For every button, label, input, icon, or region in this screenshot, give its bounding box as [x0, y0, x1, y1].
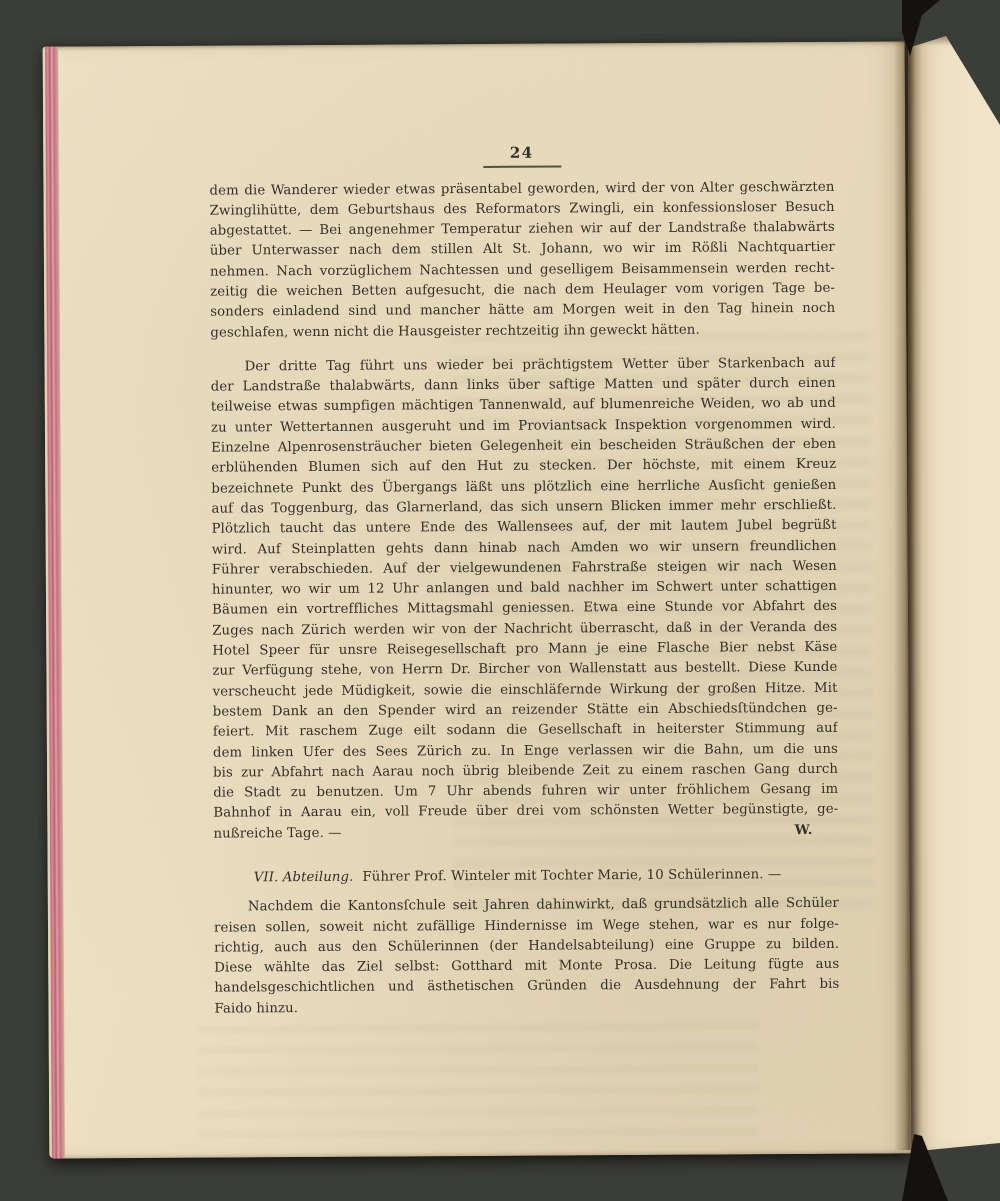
page-number: 24: [510, 144, 534, 163]
text-line: geschlafen, wenn nicht die Hausgeister r…: [210, 319, 835, 343]
gutter-shadow: [894, 40, 922, 1150]
page-number-rule: [483, 165, 561, 167]
heading-text: Führer Prof. Winteler mit Tochter Marie,…: [362, 867, 781, 885]
paragraph: Nachdem die Kantonsſchule seit Jahren da…: [214, 894, 840, 1020]
scan-background: { "document": { "page_number": "24", "pa…: [0, 0, 1000, 1201]
text-line: Bahnhof in Aarau ein, voll Freude über d…: [213, 800, 838, 824]
heading-line: VII. Abteilung.Führer Prof. Winteler mit…: [214, 865, 839, 889]
paragraph: Der dritte Tag führt uns wieder bei präc…: [211, 354, 839, 845]
printed-text-area: 24 dem die Wanderer wieder etwas präsent…: [209, 142, 839, 1020]
text-line-text: nußreiche Tage. —: [213, 824, 341, 845]
book-page: 24 dem die Wanderer wieder etwas präsent…: [43, 41, 912, 1158]
author-signature: W.: [795, 821, 813, 841]
page-showthrough-texture: [199, 1022, 760, 1145]
text-block: dem die Wanderer wieder etwas präsentabe…: [209, 177, 839, 1019]
heading-italic-lead: VII. Abteilung.: [254, 870, 354, 886]
paragraph: dem die Wanderer wieder etwas präsentabe…: [209, 177, 835, 343]
text-line: nußreiche Tage. —W.: [213, 820, 838, 844]
text-line: Faido hinzu.: [214, 996, 839, 1020]
text-line: handelsgeschichtlichen und ästhetischen …: [214, 975, 839, 999]
text-line: sonders einladend sind und mancher hätte…: [210, 299, 835, 323]
red-fore-edge-stripe: [43, 47, 66, 1159]
text-line-text: geschlafen, wenn nicht die Hausgeister r…: [210, 322, 700, 340]
section-heading: VII. Abteilung.Führer Prof. Winteler mit…: [214, 865, 839, 889]
page-header: 24: [209, 142, 834, 169]
text-line-text: Faido hinzu.: [214, 1001, 298, 1017]
